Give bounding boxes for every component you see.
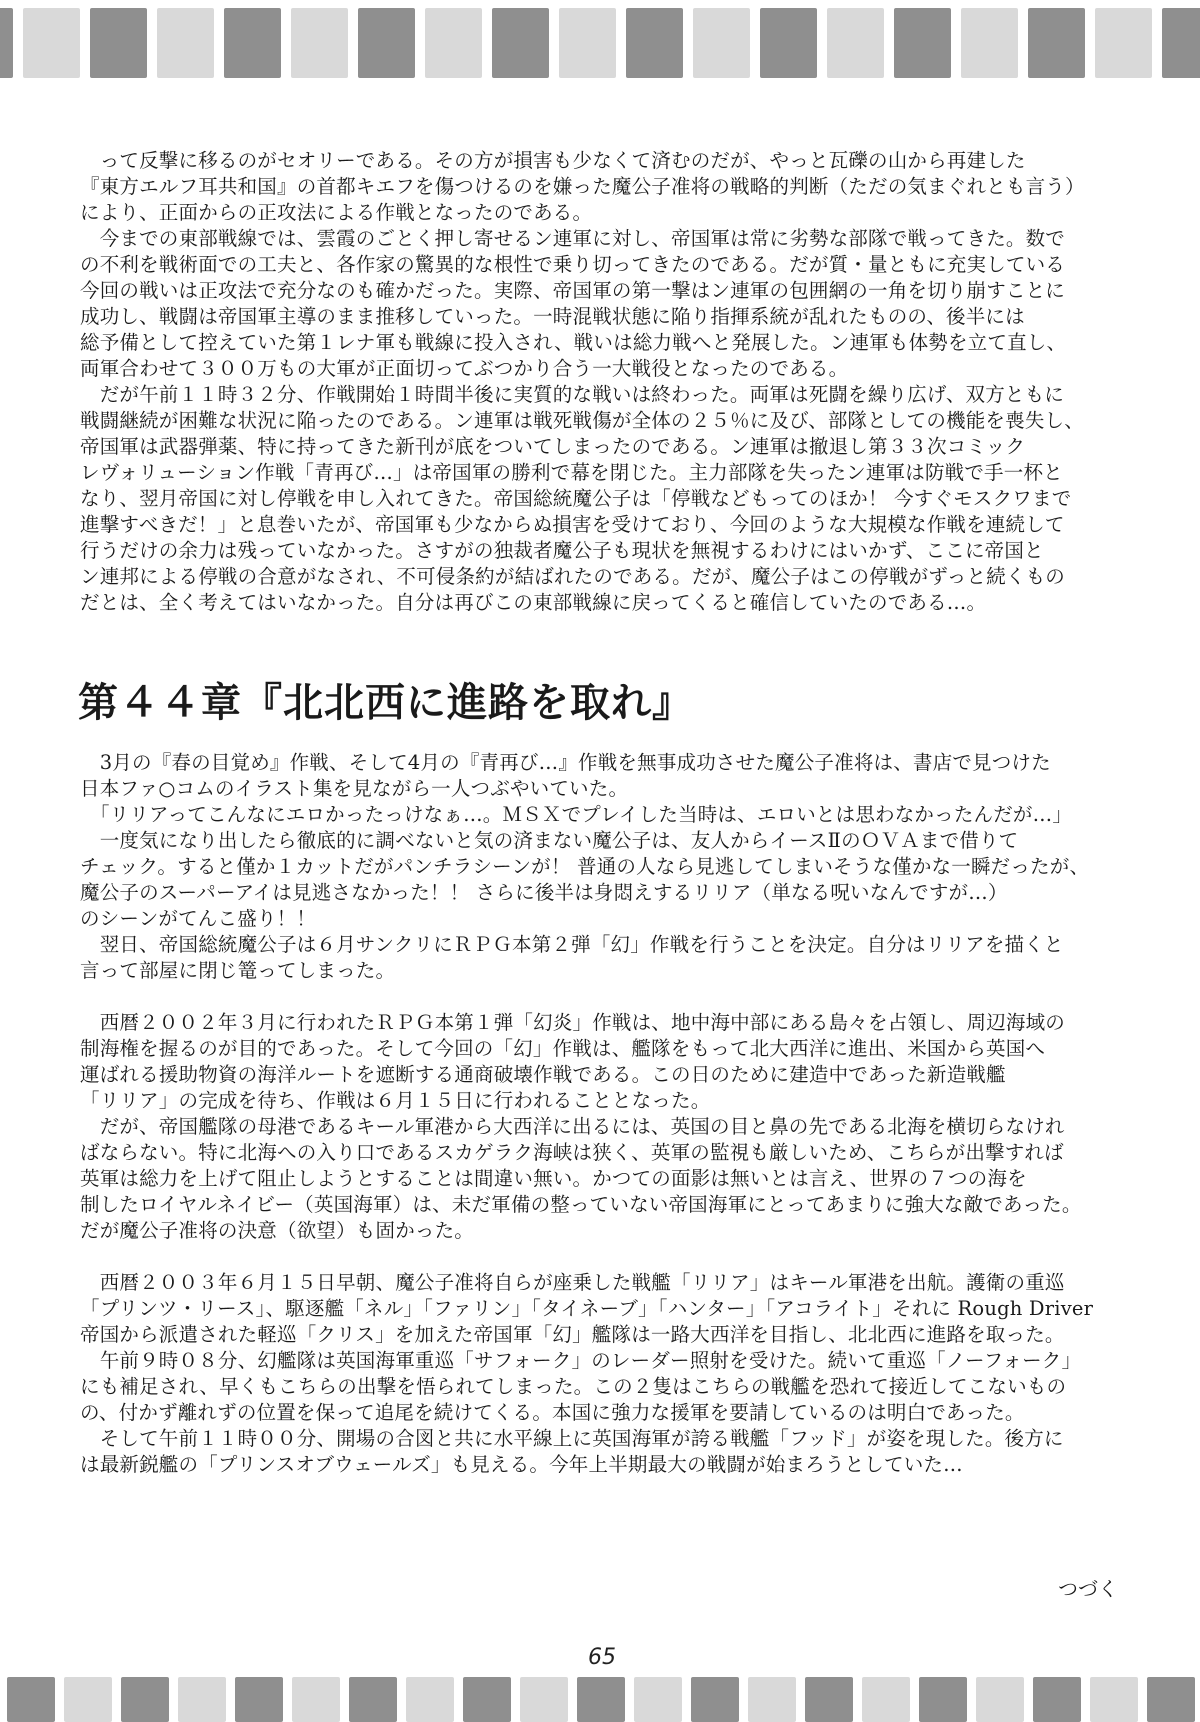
border-block-dark [0,8,13,78]
border-block-dark [1162,8,1200,78]
text-line: だとは、全く考えてはいなかった。自分は再びこの東部戦線に戻ってくると確信していた… [80,590,1160,616]
text-line: ばならない。特に北海への入り口であるスカゲラク海峡は狭く、英軍の監視も厳しいため… [80,1140,1160,1166]
border-block-light [23,8,80,78]
border-block-dark [235,1677,283,1722]
top-decorative-border [0,8,1200,78]
text-line: レヴォリューション作戦「青再び…」は帝国軍の勝利で幕を閉じた。主力部隊を失ったン… [80,460,1160,486]
border-block-dark [577,1677,625,1722]
text-line: 翌日、帝国総統魔公子は６月サンクリにＲＰＧ本第２弾「幻」作戦を行うことを決定。自… [80,932,1160,958]
border-block-dark [7,1677,55,1722]
text-line: 午前９時０８分、幻艦隊は英国海軍重巡「サフォーク」のレーダー照射を受けた。続いて… [80,1348,1160,1374]
text-line: 『東方エルフ耳共和国』の首都キエフを傷つけるのを嫌った魔公子准将の戦略的判断（た… [80,174,1160,200]
text-line: 制海権を握るのが目的であった。そして今回の「幻」作戦は、艦隊をもって北大西洋に進… [80,1036,1160,1062]
border-block-dark [358,8,415,78]
section-2: 3月の『春の目覚め』作戦、そして4月の『青再び…』作戦を無事成功させた魔公子准将… [80,750,1160,1478]
text-line: 行うだけの余力は残っていなかった。さすがの独裁者魔公子も現状を無視するわけにはい… [80,538,1160,564]
text-line: 「リリア」の完成を待ち、作戦は６月１５日に行われることとなった。 [80,1088,1160,1114]
bottom-decorative-border [0,1677,1200,1722]
border-block-light [520,1677,568,1722]
border-block-dark [90,8,147,78]
border-block-light [862,1677,910,1722]
text-line: 今回の戦いは正攻法で充分なのも確かだった。実際、帝国軍の第一撃はン連軍の包囲網の… [80,278,1160,304]
border-block-light [178,1677,226,1722]
border-block-light [693,8,750,78]
border-block-dark [691,1677,739,1722]
text-line: のシーンがてんこ盛り！！ [80,906,1160,932]
border-block-dark [121,1677,169,1722]
text-line: により、正面からの正攻法による作戦となったのである。 [80,200,1160,226]
text-line: チェック。すると僅か１カットだがパンチラシーンが！ 普通の人なら見逃してしまいそ… [80,854,1160,880]
border-block-light [976,1677,1024,1722]
border-block-dark [805,1677,853,1722]
text-line: だが、帝国艦隊の母港であるキール軍港から大西洋に出るには、英国の目と鼻の先である… [80,1114,1160,1140]
text-line: 英軍は総力を上げて阻止しようとすることは間違い無い。かつての面影は無いとは言え、… [80,1166,1160,1192]
border-block-light [64,1677,112,1722]
border-block-light [634,1677,682,1722]
border-block-dark [919,1677,967,1722]
text-line: 3月の『春の目覚め』作戦、そして4月の『青再び…』作戦を無事成功させた魔公子准将… [80,750,1160,776]
paragraph: って反撃に移るのがセオリーである。その方が損害も少なくて済むのだが、やっと瓦礫の… [80,148,1160,226]
border-block-dark [349,1677,397,1722]
border-block-light [1095,8,1152,78]
border-block-dark [1147,1677,1195,1722]
border-block-dark [1033,1677,1081,1722]
paragraph: だが午前１１時３２分、作戦開始１時間半後に実質的な戦いは終わった。両軍は死闘を繰… [80,382,1160,616]
text-line: 一度気になり出したら徹底的に調べないと気の済まない魔公子は、友人からイースⅡのＯ… [80,828,1160,854]
page-body: って反撃に移るのがセオリーである。その方が損害も少なくて済むのだが、やっと瓦礫の… [80,148,1160,1478]
paragraph-gap [80,984,1160,1010]
border-block-dark [760,8,817,78]
border-block-light [157,8,214,78]
paragraph-block: 西暦２００２年３月に行われたＲＰＧ本第１弾「幻炎」作戦は、地中海中部にある島々を… [80,1010,1160,1244]
border-block-light [559,8,616,78]
page-number: 65 [588,1645,616,1670]
text-line: だが魔公子准将の決意（欲望）も固かった。 [80,1218,1160,1244]
text-line: 西暦２００３年６月１５日早朝、魔公子准将自らが座乗した戦艦「リリア」はキール軍港… [80,1270,1160,1296]
text-line: 魔公子のスーパーアイは見逃さなかった！！ さらに後半は身悶えするリリア（単なる呪… [80,880,1160,906]
border-block-light [748,1677,796,1722]
text-line: 言って部屋に閉じ篭ってしまった。 [80,958,1160,984]
text-line: 制したロイヤルネイビー（英国海軍）は、未だ軍備の整っていない帝国海軍にとってあま… [80,1192,1160,1218]
text-line: なり、翌月帝国に対し停戦を申し入れてきた。帝国総統魔公子は「停戦などもってのほか… [80,486,1160,512]
text-line: 日本ファ○コムのイラスト集を見ながら一人つぶやいていた。 [80,776,1160,802]
text-line: 今までの東部戦線では、雲霞のごとく押し寄せるン連軍に対し、帝国軍は常に劣勢な部隊… [80,226,1160,252]
border-block-light [291,8,348,78]
paragraph-gap [80,1244,1160,1270]
continued-label: つづく [1058,1573,1118,1602]
text-line: 帝国から派遣された軽巡「クリス」を加えた帝国軍「幻」艦隊は一路大西洋を目指し、北… [80,1322,1160,1348]
paragraph: 今までの東部戦線では、雲霞のごとく押し寄せるン連軍に対し、帝国軍は常に劣勢な部隊… [80,226,1160,382]
border-block-dark [1028,8,1085,78]
text-line: の不利を戦術面での工夫と、各作家の驚異的な根性で乗り切ってきたのである。だが質・… [80,252,1160,278]
border-block-dark [463,1677,511,1722]
text-line: ン連邦による停戦の合意がなされ、不可侵条約が結ばれたのである。だが、魔公子はこの… [80,564,1160,590]
section-1: って反撃に移るのがセオリーである。その方が損害も少なくて済むのだが、やっと瓦礫の… [80,148,1160,616]
text-line: 西暦２００２年３月に行われたＲＰＧ本第１弾「幻炎」作戦は、地中海中部にある島々を… [80,1010,1160,1036]
text-line: 運ばれる援助物資の海洋ルートを遮断する通商破壊作戦である。この日のために建造中で… [80,1062,1160,1088]
text-line: って反撃に移るのがセオリーである。その方が損害も少なくて済むのだが、やっと瓦礫の… [80,148,1160,174]
text-line: 成功し、戦闘は帝国軍主導のまま推移していった。一時混戦状態に陥り指揮系統が乱れた… [80,304,1160,330]
border-block-dark [626,8,683,78]
text-line: 戦闘継続が困難な状況に陥ったのである。ン連軍は戦死戦傷が全体の２５％に及び、部隊… [80,408,1160,434]
text-line: にも補足され、早くもこちらの出撃を悟られてしまった。この２隻はこちらの戦艦を恐れ… [80,1374,1160,1400]
chapter-heading: 第４４章『北北西に進路を取れ』 [78,678,1160,728]
border-block-light [827,8,884,78]
border-block-light [425,8,482,78]
text-line: 両軍合わせて３００万もの大軍が正面切ってぶつかり合う一大戦役となったのである。 [80,356,1160,382]
border-block-light [292,1677,340,1722]
paragraph-block: 西暦２００３年６月１５日早朝、魔公子准将自らが座乗した戦艦「リリア」はキール軍港… [80,1270,1160,1478]
text-line: 総予備として控えていた第１レナ軍も戦線に投入され、戦いは総力戦へと発展した。ン連… [80,330,1160,356]
text-line: の、付かず離れずの位置を保って追尾を続けてくる。本国に強力な援軍を要請しているの… [80,1400,1160,1426]
border-block-light [406,1677,454,1722]
paragraph-block: 3月の『春の目覚め』作戦、そして4月の『青再び…』作戦を無事成功させた魔公子准将… [80,750,1160,984]
text-line: だが午前１１時３２分、作戦開始１時間半後に実質的な戦いは終わった。両軍は死闘を繰… [80,382,1160,408]
text-line: 「リリアってこんなにエロかったっけなぁ…。ＭＳＸでプレイした当時は、エロいとは思… [80,802,1160,828]
border-block-light [961,8,1018,78]
text-line: 帝国軍は武器弾薬、特に持ってきた新刊が底をついてしまったのである。ン連軍は撤退し… [80,434,1160,460]
border-block-dark [894,8,951,78]
text-line: 進撃すべきだ！」と息巻いたが、帝国軍も少なからぬ損害を受けており、今回のような大… [80,512,1160,538]
border-block-dark [492,8,549,78]
border-block-dark [224,8,281,78]
text-line: そして午前１１時００分、開場の合図と共に水平線上に英国海軍が誇る戦艦「フッド」が… [80,1426,1160,1452]
border-block-light [1090,1677,1138,1722]
text-line: は最新鋭艦の「プリンスオブウェールズ」も見える。今年上半期最大の戦闘が始まろうと… [80,1452,1160,1478]
text-line: 「プリンツ・リース」、駆逐艦「ネル」「ファリン」「タイネーブ」「ハンター」「アコ… [80,1296,1160,1322]
